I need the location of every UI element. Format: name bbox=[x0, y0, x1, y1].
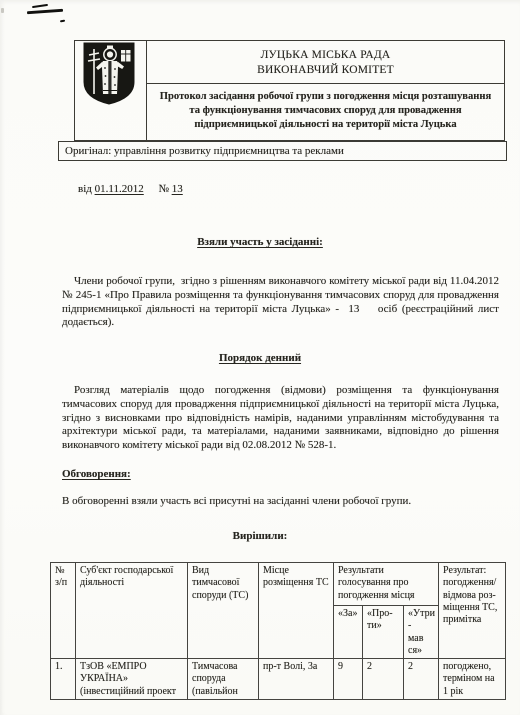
cell-result: погоджено, терміном на 1 рік bbox=[439, 659, 506, 700]
col-header-place: Місце розміщення ТС bbox=[259, 563, 334, 659]
col-header-vote-abstain: «Утри - мав ся» bbox=[404, 606, 439, 659]
emblem-cell bbox=[75, 41, 147, 140]
decisions-table: № з/п Суб'єкт господарської діяльності В… bbox=[50, 562, 506, 700]
scan-edge-artifact bbox=[1, 8, 4, 13]
resolved-heading: Вирішили: bbox=[0, 530, 520, 542]
discussion-paragraph: В обговоренні взяли участь всі присутні … bbox=[62, 495, 499, 509]
participants-paragraph: Члени робочої групи, згідно з рішенням в… bbox=[62, 275, 499, 330]
cell-vote-abstain: 2 bbox=[404, 659, 439, 700]
table-header-row-1: № з/п Суб'єкт господарської діяльності В… bbox=[51, 563, 506, 606]
agenda-paragraph: Розгляд матеріалів щодо погодження (відм… bbox=[62, 384, 499, 453]
col-header-votes-group: Результати голосування про погодження мі… bbox=[334, 563, 439, 606]
org-name-line2: ВИКОНАВЧИЙ КОМІТЕТ bbox=[147, 63, 504, 78]
col-header-subject: Суб'єкт господарської діяльності bbox=[76, 563, 188, 659]
protocol-title: Протокол засідання робочої групи з погод… bbox=[147, 84, 504, 140]
document-header-box: ЛУЦЬКА МІСЬКА РАДА ВИКОНАВЧИЙ КОМІТЕТ Пр… bbox=[74, 40, 505, 141]
lutsk-coat-of-arms-icon bbox=[82, 42, 136, 106]
organization-name: ЛУЦЬКА МІСЬКА РАДА ВИКОНАВЧИЙ КОМІТЕТ bbox=[147, 41, 504, 84]
col-header-vote-against: «Про- ти» bbox=[363, 606, 404, 659]
org-name-line1: ЛУЦЬКА МІСЬКА РАДА bbox=[147, 48, 504, 63]
cell-place: пр-т Волі, 3а bbox=[259, 659, 334, 700]
col-header-result: Результат: погодження/ відмова роз- міще… bbox=[439, 563, 506, 659]
discussion-heading: Обговорення: bbox=[62, 468, 131, 480]
scanned-protocol-page: ЛУЦЬКА МІСЬКА РАДА ВИКОНАВЧИЙ КОМІТЕТ Пр… bbox=[0, 0, 520, 715]
cell-subject: ТзОВ «ЕМПРО УКРАЇНА» (інвестиційний прое… bbox=[76, 659, 188, 700]
date-number-line: від 01.11.2012 № 13 bbox=[78, 183, 183, 195]
pen-mark bbox=[32, 4, 48, 8]
protocol-number: 13 bbox=[172, 183, 183, 195]
col-header-vote-for: «За» bbox=[334, 606, 363, 659]
cell-vote-against: 2 bbox=[363, 659, 404, 700]
pen-mark bbox=[27, 9, 63, 14]
col-header-type: Вид тимчасової споруди (ТС) bbox=[188, 563, 259, 659]
participants-heading: Взяли участь у засіданні: bbox=[0, 236, 520, 248]
protocol-date: 01.11.2012 bbox=[95, 183, 144, 195]
agenda-heading: Порядок денний bbox=[0, 352, 520, 364]
col-header-num: № з/п bbox=[51, 563, 76, 659]
original-holder-line: Оригінал: управління розвитку підприємни… bbox=[58, 141, 507, 161]
table-row: 1. ТзОВ «ЕМПРО УКРАЇНА» (інвестиційний п… bbox=[51, 659, 506, 700]
pen-mark bbox=[60, 20, 65, 22]
cell-vote-for: 9 bbox=[334, 659, 363, 700]
cell-num: 1. bbox=[51, 659, 76, 700]
number-sign: № bbox=[158, 183, 169, 195]
date-prefix: від bbox=[78, 183, 92, 195]
cell-type: Тимчасова споруда (павільйон bbox=[188, 659, 259, 700]
